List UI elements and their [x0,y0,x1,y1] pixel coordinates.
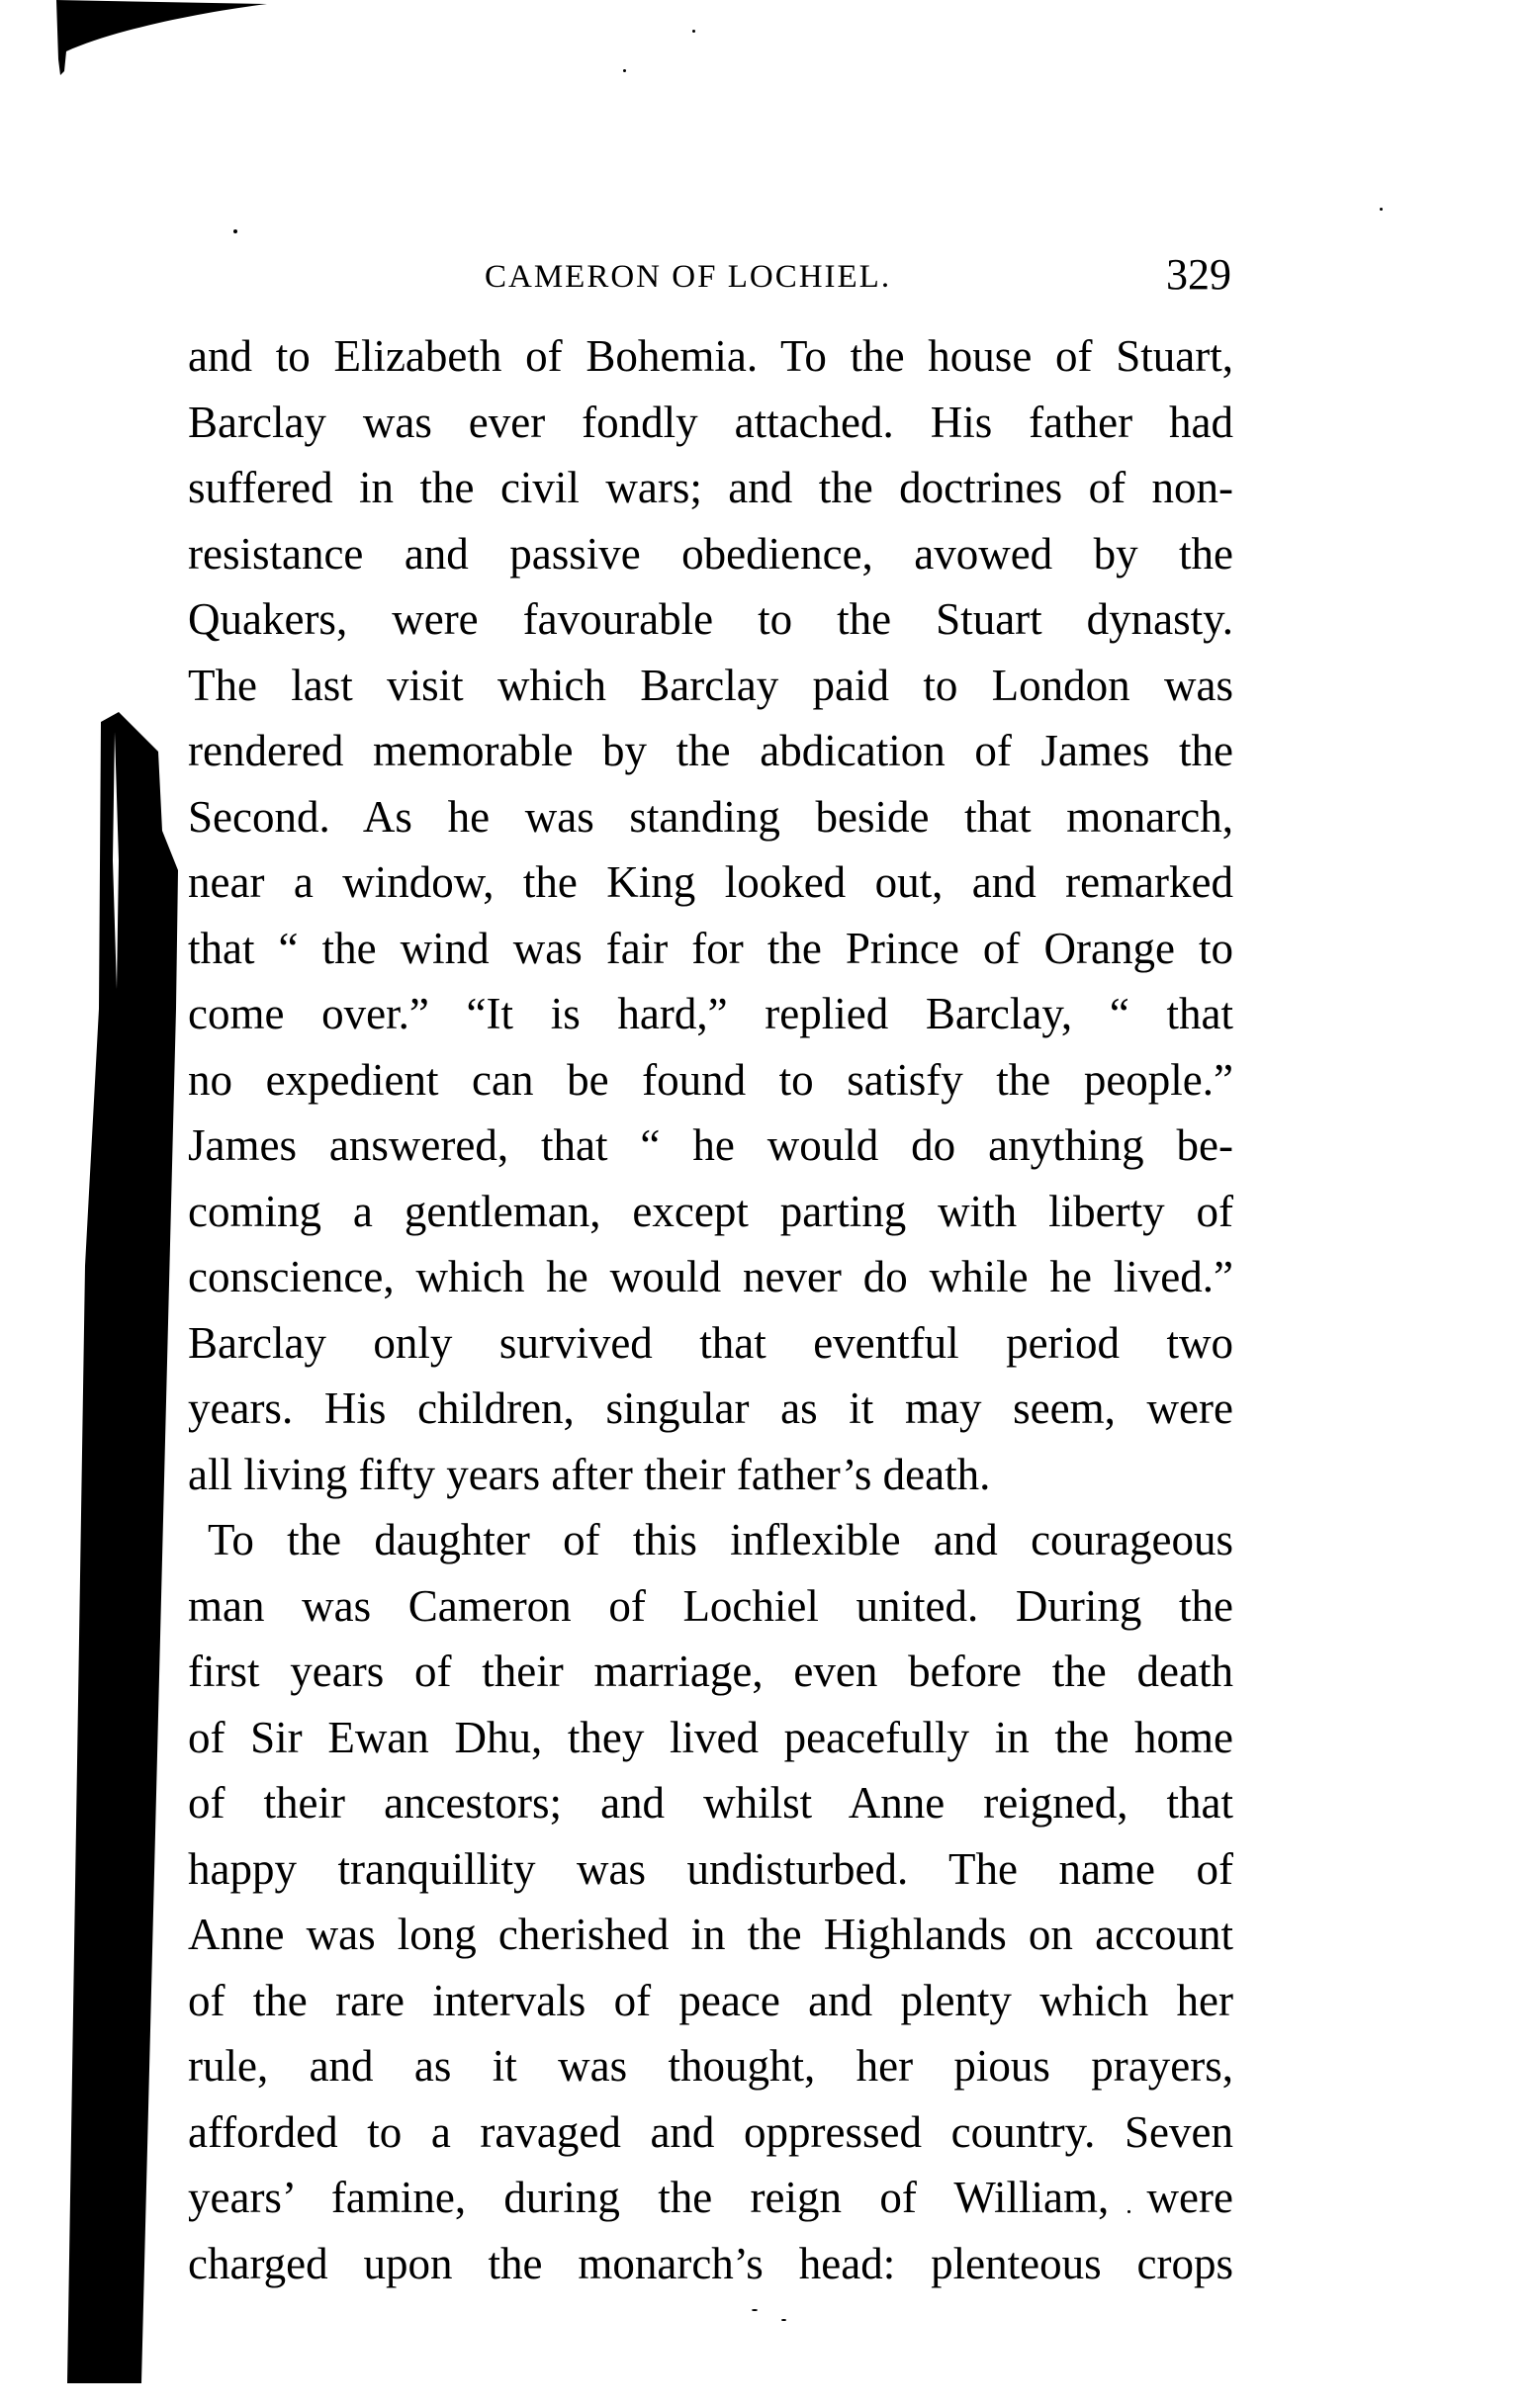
text-line: coming a gentleman, except parting with … [188,1179,1233,1245]
text-line: years. His children, singular as it may … [188,1376,1233,1442]
scan-speck [752,2309,758,2311]
text-line: charged upon the monarch’s head: plenteo… [188,2231,1233,2297]
text-line: of their ancestors; and whilst Anne reig… [188,1770,1233,1836]
text-line: that “ the wind was fair for the Prince … [188,916,1233,982]
text-line: James answered, that “ he would do anyth… [188,1113,1233,1179]
scan-speck [623,69,626,72]
text-line: The last visit which Barclay paid to Lon… [188,653,1233,719]
scan-speck [1380,208,1383,211]
text-line: and to Elizabeth of Bohemia. To the hous… [188,323,1233,390]
text-line: rendered memorable by the abdication of … [188,718,1233,784]
text-line: man was Cameron of Lochiel united. Durin… [188,1573,1233,1640]
running-title: CAMERON OF LOCHIEL. [485,255,891,299]
scan-speck [781,2319,786,2321]
text-line: first years of their marriage, even befo… [188,1639,1233,1705]
text-line: conscience, which he would never do whil… [188,1244,1233,1310]
scan-artifact-corner-wedge [54,0,272,77]
text-line: no expedient can be found to satisfy the… [188,1047,1233,1114]
text-line: afforded to a ravaged and oppressed coun… [188,2099,1233,2166]
text-line: come over.” “It is hard,” replied Barcla… [188,981,1233,1047]
page-number: 329 [1166,253,1231,297]
text-line: Quakers, were favourable to the Stuart d… [188,586,1233,653]
text-line: near a window, the King looked out, and … [188,849,1233,916]
text-line: Barclay was ever fondly attached. His fa… [188,390,1233,456]
scan-speck [692,30,695,33]
text-line: Anne was long cherished in the Highlands… [188,1902,1233,1968]
text-line: resistance and passive obedience, avowed… [188,521,1233,587]
scan-artifact-binding-shadow [59,712,188,2383]
paragraph-end-line: all living fifty years after their fathe… [188,1442,1233,1508]
text-line: Second. As he was standing beside that m… [188,784,1233,850]
text-line: years’ famine, during the reign of Willi… [188,2165,1233,2231]
text-line: suffered in the civil wars; and the doct… [188,455,1233,521]
text-line: of Sir Ewan Dhu, they lived peacefully i… [188,1705,1233,1771]
page-header: CAMERON OF LOCHIEL. 329 [188,255,1231,299]
scan-speck [1127,2210,1130,2213]
text-line: Barclay only survived that eventful peri… [188,1310,1233,1377]
text-line: rule, and as it was thought, her pious p… [188,2033,1233,2099]
text-line: happy tranquillity was undisturbed. The … [188,1836,1233,1903]
text-line: of the rare intervals of peace and plent… [188,1968,1233,2034]
scan-speck [233,229,237,233]
body-text: and to Elizabeth of Bohemia. To the hous… [188,323,1233,2296]
paragraph-start-line: To the daughter of this inflexible and c… [188,1507,1233,1573]
